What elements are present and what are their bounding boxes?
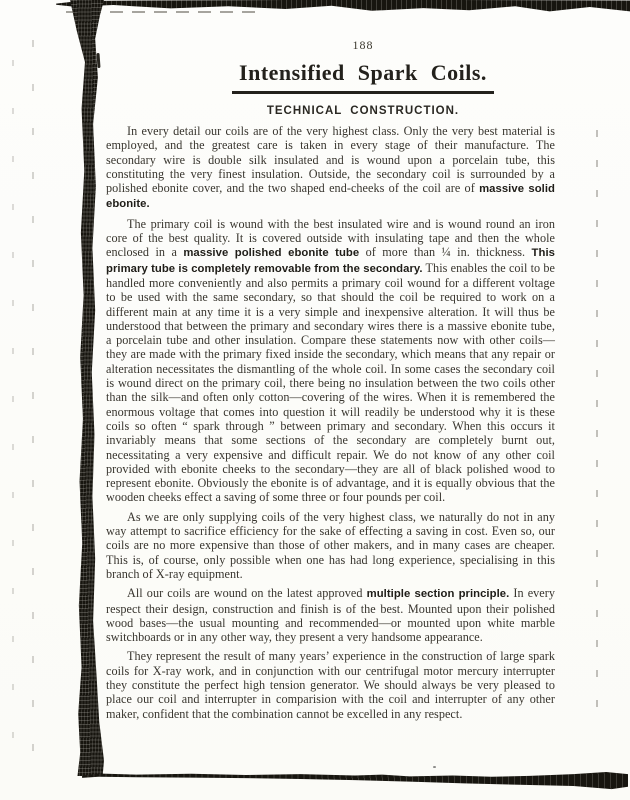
- body-copy: As we are only supplying coils of the ve…: [106, 510, 555, 581]
- paragraph: As we are only supplying coils of the ve…: [106, 510, 555, 581]
- body-copy: This enables the coil to be handled more…: [106, 261, 555, 505]
- scan-artifact-left-margin-dashes: [32, 40, 34, 760]
- emphasized-text: multiple section principle.: [367, 588, 510, 600]
- scan-artifact-right-margin-dashes: [596, 130, 598, 730]
- paragraph: They represent the result of many years’…: [106, 649, 555, 720]
- body-copy: They represent the result of many years’…: [106, 649, 555, 720]
- scan-artifact-bottom-edge: [82, 768, 628, 790]
- page-title: Intensified Spark Coils.: [232, 60, 494, 94]
- scanned-page: 188 Intensified Spark Coils. TECHNICAL C…: [0, 0, 630, 800]
- body-text: In every detail our coils are of the ver…: [106, 124, 555, 726]
- paragraph: All our coils are wound on the latest ap…: [106, 586, 555, 644]
- masthead: 188 Intensified Spark Coils. TECHNICAL C…: [48, 0, 630, 117]
- paragraph: In every detail our coils are of the ver…: [106, 124, 555, 212]
- body-copy: All our coils are wound on the latest ap…: [127, 586, 367, 600]
- scan-artifact-left-margin-dashes: [12, 60, 14, 760]
- page-number: 188: [48, 38, 630, 53]
- section-heading: TECHNICAL CONSTRUCTION.: [48, 105, 630, 117]
- paragraph: The primary coil is wound with the best …: [106, 217, 555, 505]
- scan-artifact-speck: [433, 766, 436, 768]
- body-copy: of more than ¼ in. thickness.: [359, 245, 531, 259]
- emphasized-text: massive polished ebonite tube: [183, 247, 359, 259]
